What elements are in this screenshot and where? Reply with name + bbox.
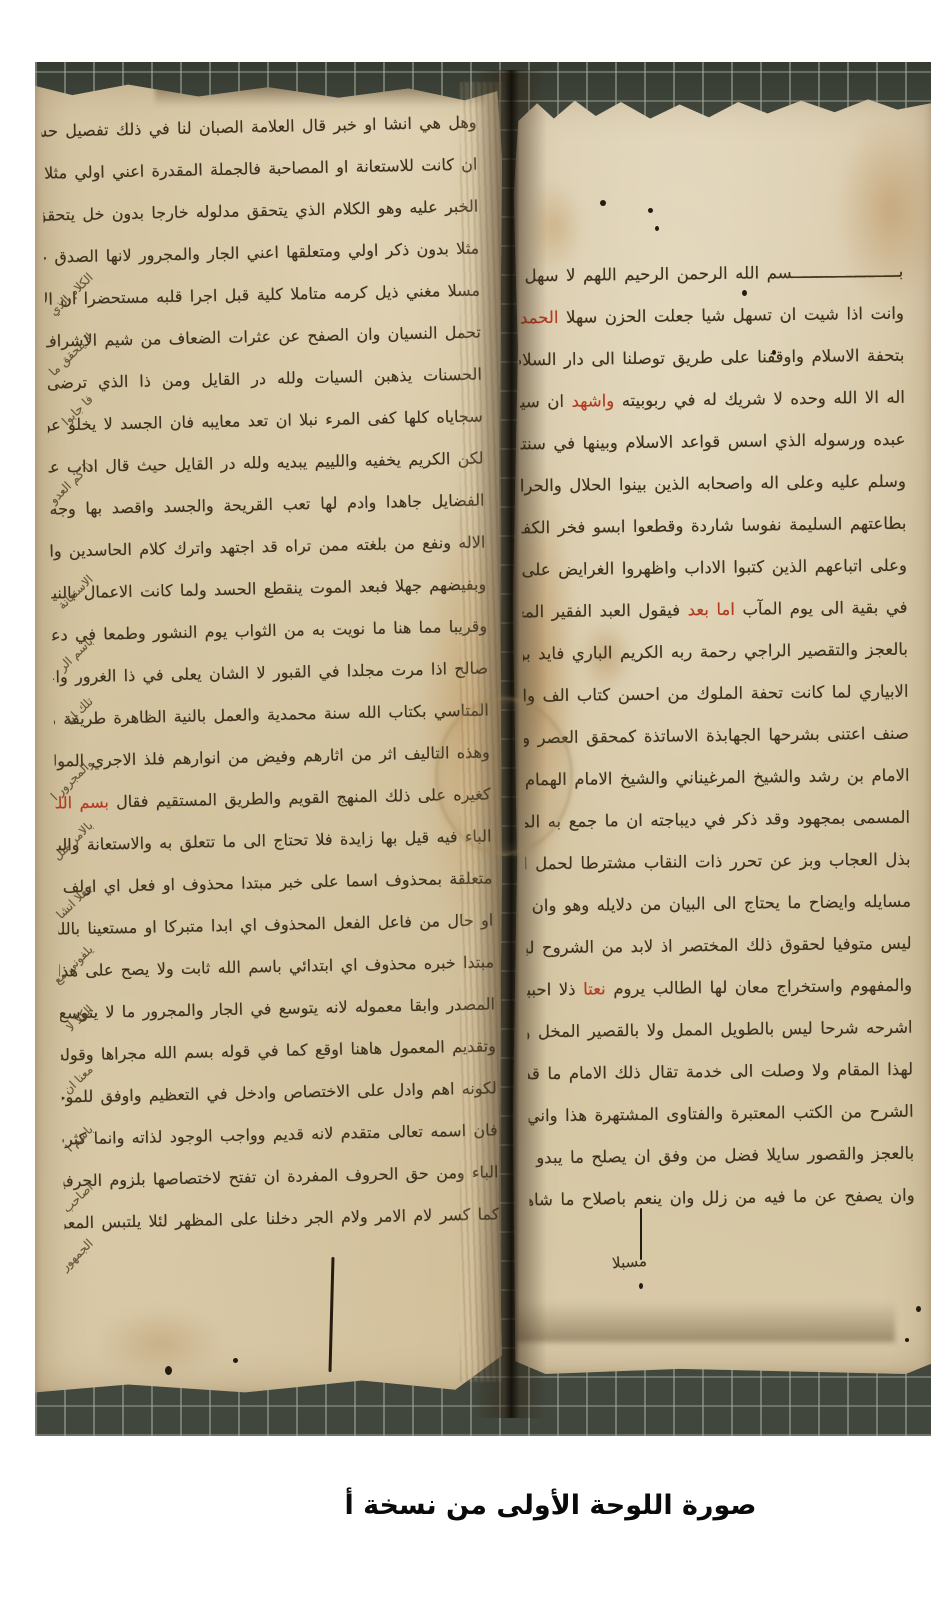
ink-dot [905, 1338, 909, 1342]
manuscript-text: سجاياه كلها كفى المرء نبلا ان تعد معايبه… [47, 407, 483, 436]
ink-dot [648, 208, 653, 213]
manuscript-text: والمفهوم واستخراج معان لها الطالب يروم [613, 976, 912, 999]
manuscript-text: ذلا احببت ان [527, 980, 576, 1000]
manuscript-text: الباء ومن حق الحروف المفردة ان تفتح لاخت… [63, 1162, 499, 1191]
manuscript-line: اله الا الله وحده لا شريك له في ربوبيته … [520, 377, 905, 424]
manuscript-line: صنف اعتنى بشرحها الجهابذة الاساتذة كمحقق… [524, 713, 909, 760]
manuscript-text: لكن الكريم يخفيه واللييم يبديه ولله در ا… [48, 448, 484, 477]
ink-dot [233, 1358, 238, 1363]
rubricated-text: الحمد لله [519, 308, 559, 328]
manuscript-text: كغيره على ذلك المنهج القويم والطريق المس… [116, 784, 491, 811]
manuscript-text: وعلى اتباعهم الذين كتبوا الاداب واظهروا … [522, 556, 907, 580]
manuscript-text: الشرح من الكتب المعتبرة والفتاوى المشتهر… [528, 1102, 913, 1126]
manuscript-text: او حال من فاعل الفعل المحذوف اي ابدا متب… [58, 910, 494, 940]
manuscript-text: اله الا الله وحده لا شريك له في ربوبيته [622, 388, 905, 410]
manuscript-line: الشرح من الكتب المعتبرة والفتاوى المشتهر… [528, 1091, 913, 1138]
bottom-edge-shadow [515, 1302, 895, 1342]
manuscript-line: وسلم عليه وعلى اله واصحابه الذين بينوا ا… [521, 461, 906, 508]
ink-dot [772, 350, 776, 355]
manuscript-line: والمفهوم واستخراج معان لها الطالب يروم ن… [527, 965, 912, 1012]
manuscript-text: ان سيدنا وسندنا محمدا [520, 392, 564, 413]
manuscript-text: مسلا مغني ذيل كرمه متاملا كلية قبل اجرا … [45, 281, 481, 311]
manuscript-text: في بقية الى يوم المآب [742, 598, 907, 619]
ink-stroke-mark [328, 1257, 334, 1372]
manuscript-text: متعلقة بمحذوف اسما على خبر مبتدا محذوف ا… [57, 868, 493, 897]
rubricated-text: واشهد [571, 391, 614, 411]
manuscript-line: بالعجز والتقصير الراجي رحمة ربه الكريم ا… [523, 629, 908, 676]
manuscript-line: في بقية الى يوم المآب اما بعد فيقول العب… [522, 587, 907, 634]
manuscript-text: عبده ورسوله الذي اسس قواعد الاسلام وبينه… [520, 430, 905, 454]
manuscript-line: كما كسر لام الامر ولام الجر دخلنا على ال… [64, 1193, 500, 1244]
manuscript-text: لكونه اهم وادل على الاختصاص وادخل في الت… [61, 1078, 497, 1107]
manuscript-text: ليس متوفيا لحقوق ذلك المختصر اذ لابد من … [526, 934, 911, 959]
manuscript-text: وتقديم المعمول هاهنا اوقع كما في قوله بس… [61, 1036, 497, 1066]
manuscript-text: وبفيضهم جهلا فبعد الموت ينقطع الحسد ولما… [51, 574, 487, 602]
manuscript-text: بــــــــــــــــــــــسم الله الرحمن ال… [518, 262, 903, 287]
manuscript-text: بالعجز والقصور سايلا فضل من وفق ان يصلح … [529, 1144, 914, 1169]
manuscript-text: وهذه التاليف اثر من اثارهم وفيض من انوار… [54, 742, 490, 770]
manuscript-text: بتحفة الاسلام واوقفنا على طريق توصلنا ال… [519, 346, 904, 370]
manuscript-text: بالعجز والتقصير الراجي رحمة ربه الكريم ا… [523, 640, 908, 665]
manuscript-text: الامام بن رشد والشيخ المرغيناني والشيخ ا… [524, 766, 909, 791]
manuscript-line: لهذا المقام ولا وصلت الى خدمة تقال ذلك ا… [528, 1049, 913, 1096]
ink-dot [916, 1306, 921, 1312]
manuscript-line: مسايله وايضاح ما يحتاج الى البيان من دلا… [526, 881, 911, 928]
ink-dot [742, 290, 747, 296]
left-page-text: وهل هي انشا او خبر قال العلامة الصبان لن… [41, 102, 500, 1245]
manuscript-line: بذل العجاب وبز عن تحرر ذات النقاب مشترطا… [525, 839, 910, 886]
manuscript-text: وان يصفح عن ما فيه من زلل وان ينعم باصلا… [529, 1186, 914, 1211]
manuscript-line: وان يصفح عن ما فيه من زلل وان ينعم باصلا… [529, 1175, 914, 1222]
manuscript-text: بذل العجاب وبز عن تحرر ذات النقاب مشترطا… [525, 850, 910, 875]
manuscript-text: الحسنات يذهبن السيات ولله در القايل ومن … [47, 365, 482, 393]
manuscript-text: المتاسي بكتاب الله سنة محمدية والعمل بال… [53, 700, 489, 729]
manuscript-text: اشرحه شرحا ليس بالطويل الممل ولا بالقصير… [527, 1018, 912, 1043]
manuscript-line: ليس متوفيا لحقوق ذلك المختصر اذ لابد من … [526, 923, 911, 970]
manuscript-text: ان كانت للاستعانة او المصاحبة فالجملة ال… [42, 155, 478, 185]
manuscript-text: المصدر وابقا معموله لانه يتوسع في الجار … [60, 994, 496, 1024]
manuscript-text: الباء فيه قيل بها زايدة فلا تحتاج الى ما… [56, 826, 492, 854]
ink-dot [165, 1366, 172, 1375]
manuscript-line: اشرحه شرحا ليس بالطويل الممل ولا بالقصير… [527, 1007, 912, 1054]
manuscript-text: الابياري لما كانت تحفة الملوك من احسن كت… [523, 682, 908, 707]
manuscript-line: المسمى بمجهود وقد ذكر في ديباجته ان ما ج… [525, 797, 910, 844]
manuscript-text: وقريبا مما هنا ما نويت به من الثواب يوم … [52, 616, 488, 645]
manuscript-text: الاله ونفع من بلغته ممن تراه قد اجتهد وا… [50, 532, 486, 561]
manuscript-line: بــــــــــــــــــــــسم الله الرحمن ال… [518, 251, 903, 298]
manuscript-text: فيقول العبد الفقير المعترف [522, 600, 680, 621]
manuscript-line: بطاعتهم السليمة نفوسا شاردة وقطعوا ابسو … [521, 503, 906, 550]
manuscript-line: وانت اذا شيت ان تسهل شيا جعلت الحزن سهلا… [519, 293, 904, 340]
manuscript-line: بتحفة الاسلام واوقفنا على طريق توصلنا ال… [519, 335, 904, 382]
manuscript-line: وعلى اتباعهم الذين كتبوا الاداب واظهروا … [522, 545, 907, 592]
manuscript-text: وسلم عليه وعلى اله واصحابه الذين بينوا ا… [521, 472, 906, 497]
manuscript-text: بطاعتهم السليمة نفوسا شاردة وقطعوا ابسو … [521, 514, 906, 538]
manuscript-text: الفضايل جاهدا وادم لها تعب القريحة والجس… [49, 490, 484, 518]
manuscript-line: عبده ورسوله الذي اسس قواعد الاسلام وبينه… [520, 419, 905, 466]
ink-dot [655, 226, 659, 231]
manuscript-text: فان اسمه تعالى متقدم لانه قديم وواجب الو… [62, 1120, 498, 1148]
rubricated-text: نعتا [583, 979, 606, 998]
ink-dot [600, 200, 606, 206]
manuscript-text: تحمل النسيان وان الصفح عن عثرات الضعاف م… [46, 323, 482, 352]
ink-dot [639, 1283, 643, 1289]
manuscript-text: مثلا بدون ذكر اولي ومتعلقها اعني الجار و… [44, 239, 480, 268]
manuscript-text: مسايله وايضاح ما يحتاج الى البيان من دلا… [526, 892, 911, 917]
manuscript-line: الابياري لما كانت تحفة الملوك من احسن كت… [523, 671, 908, 718]
manuscript-text: وانت اذا شيت ان تسهل شيا جعلت الحزن سهلا [566, 304, 904, 327]
embossed-seal [435, 697, 573, 855]
catchword: مسبلا [611, 1252, 647, 1272]
manuscript-text: الخبر عليه وهو الكلام الذي يتحقق مدلوله … [43, 197, 479, 226]
manuscript-text: وهل هي انشا او خبر قال العلامة الصبان لن… [41, 113, 477, 144]
manuscript-line: بالعجز والقصور سايلا فضل من وفق ان يصلح … [529, 1133, 914, 1180]
figure-caption: صورة اللوحة الأولى من نسخة أ [0, 1490, 931, 1550]
manuscript-right-page: بــــــــــــــــــــــسم الله الرحمن ال… [512, 93, 931, 1374]
manuscript-text: كما كسر لام الامر ولام الجر دخلنا على ال… [64, 1204, 500, 1234]
ink-mark [640, 1208, 642, 1260]
manuscript-text: لهذا المقام ولا وصلت الى خدمة تقال ذلك ا… [528, 1060, 913, 1085]
rubricated-text: اما بعد [688, 600, 735, 620]
marginal-note: الجمهور [35, 1236, 96, 1306]
manuscript-left-page: وهل هي انشا او خبر قال العلامة الصبان لن… [35, 78, 502, 1395]
manuscript-text: صنف اعتنى بشرحها الجهابذة الاساتذة كمحقق… [524, 724, 909, 749]
right-page-text: بــــــــــــــــــــــسم الله الرحمن ال… [518, 251, 915, 1222]
manuscript-line: الامام بن رشد والشيخ المرغيناني والشيخ ا… [524, 755, 909, 802]
manuscript-text: صالح اذا مرت مجلدا في القبور لا الشان يع… [53, 658, 489, 687]
manuscript-text: المسمى بمجهود وقد ذكر في ديباجته ان ما ج… [525, 808, 910, 833]
foxing-stain [95, 1308, 225, 1378]
manuscript-text: مبتدا خبره محذوف اي ابتدائي باسم الله ثا… [59, 952, 495, 981]
manuscript-photo: وهل هي انشا او خبر قال العلامة الصبان لن… [35, 62, 931, 1436]
